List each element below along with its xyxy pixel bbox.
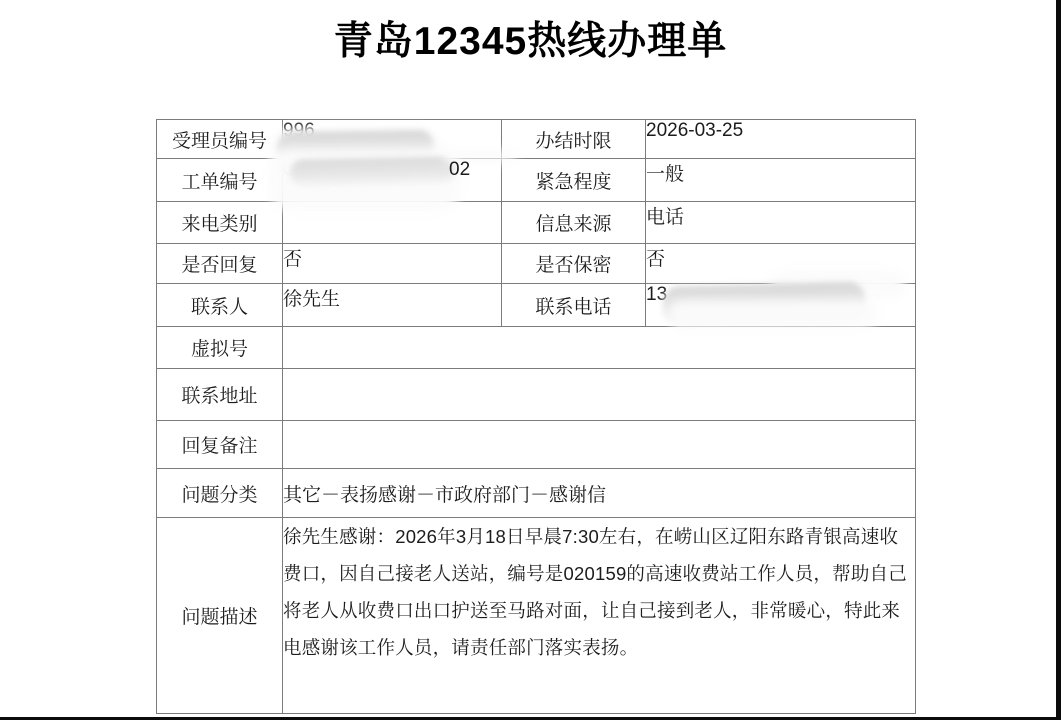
- order-id-masked-fragment: 02101202114: [283, 159, 449, 181]
- field-value-reply: 否: [283, 244, 502, 284]
- field-label-acceptor-id: 受理员编号: [157, 120, 283, 159]
- page-title: 青岛12345热线办理单: [0, 10, 1061, 66]
- field-label-order-id: 工单编号: [157, 159, 283, 202]
- field-value-acceptor-id: 996: [283, 120, 502, 159]
- field-label-confidential: 是否保密: [502, 244, 646, 284]
- photo-edge: [1056, 0, 1061, 720]
- field-value-call-type: [283, 202, 502, 244]
- field-label-virtual-number: 虚拟号: [157, 327, 283, 369]
- field-label-info-source: 信息来源: [502, 202, 646, 244]
- field-label-address: 联系地址: [157, 369, 283, 421]
- field-value-virtual-number: [283, 327, 916, 369]
- field-value-reply-note: [283, 421, 916, 469]
- table-row: 问题描述 徐先生感谢：2026年3月18日早晨7:30左右，在崂山区辽阳东路青银…: [157, 518, 916, 714]
- field-value-contact: 徐先生: [283, 284, 502, 327]
- table-row: 来电类别 信息来源 电话: [157, 202, 916, 244]
- table-row: 虚拟号: [157, 327, 916, 369]
- field-value-order-id: 0210120211402: [283, 159, 502, 202]
- table-row: 受理员编号 996 办结时限 2026-03-25: [157, 120, 916, 159]
- field-value-info-source: 电话: [646, 202, 916, 244]
- table-row: 回复备注: [157, 421, 916, 469]
- order-id-visible-fragment: 02: [449, 159, 470, 180]
- table-row: 问题分类 其它－表扬感谢－市政府部门－感谢信: [157, 469, 916, 518]
- table-row: 是否回复 否 是否保密 否: [157, 244, 916, 284]
- field-value-urgency: 一般: [646, 159, 916, 202]
- phone-visible-fragment: 13: [646, 284, 667, 305]
- field-label-deadline: 办结时限: [502, 120, 646, 159]
- table-row: 联系人 徐先生 联系电话 13: [157, 284, 916, 327]
- field-value-category: 其它－表扬感谢－市政府部门－感谢信: [283, 469, 916, 518]
- field-value-confidential: 否: [646, 244, 916, 284]
- field-label-reply: 是否回复: [157, 244, 283, 284]
- table-row: 工单编号 0210120211402 紧急程度 一般: [157, 159, 916, 202]
- field-label-urgency: 紧急程度: [502, 159, 646, 202]
- field-value-address: [283, 369, 916, 421]
- field-value-deadline: 2026-03-25: [646, 120, 916, 159]
- field-label-contact: 联系人: [157, 284, 283, 327]
- field-label-phone: 联系电话: [502, 284, 646, 327]
- description-text: 徐先生感谢：2026年3月18日早晨7:30左右，在崂山区辽阳东路青银高速收费口…: [283, 518, 915, 666]
- work-order-table: 受理员编号 996 办结时限 2026-03-25 工单编号 021012021…: [156, 119, 916, 714]
- field-label-reply-note: 回复备注: [157, 421, 283, 469]
- field-value-phone: 13: [646, 284, 916, 327]
- field-label-category: 问题分类: [157, 469, 283, 518]
- field-label-call-type: 来电类别: [157, 202, 283, 244]
- work-order-page: 青岛12345热线办理单 受理员编号 996 办结时限 2026-03-25 工…: [0, 0, 1061, 720]
- field-value-description: 徐先生感谢：2026年3月18日早晨7:30左右，在崂山区辽阳东路青银高速收费口…: [283, 518, 916, 714]
- table-row: 联系地址: [157, 369, 916, 421]
- field-label-description: 问题描述: [157, 518, 283, 714]
- acceptor-id-visible-fragment: 996: [283, 120, 315, 141]
